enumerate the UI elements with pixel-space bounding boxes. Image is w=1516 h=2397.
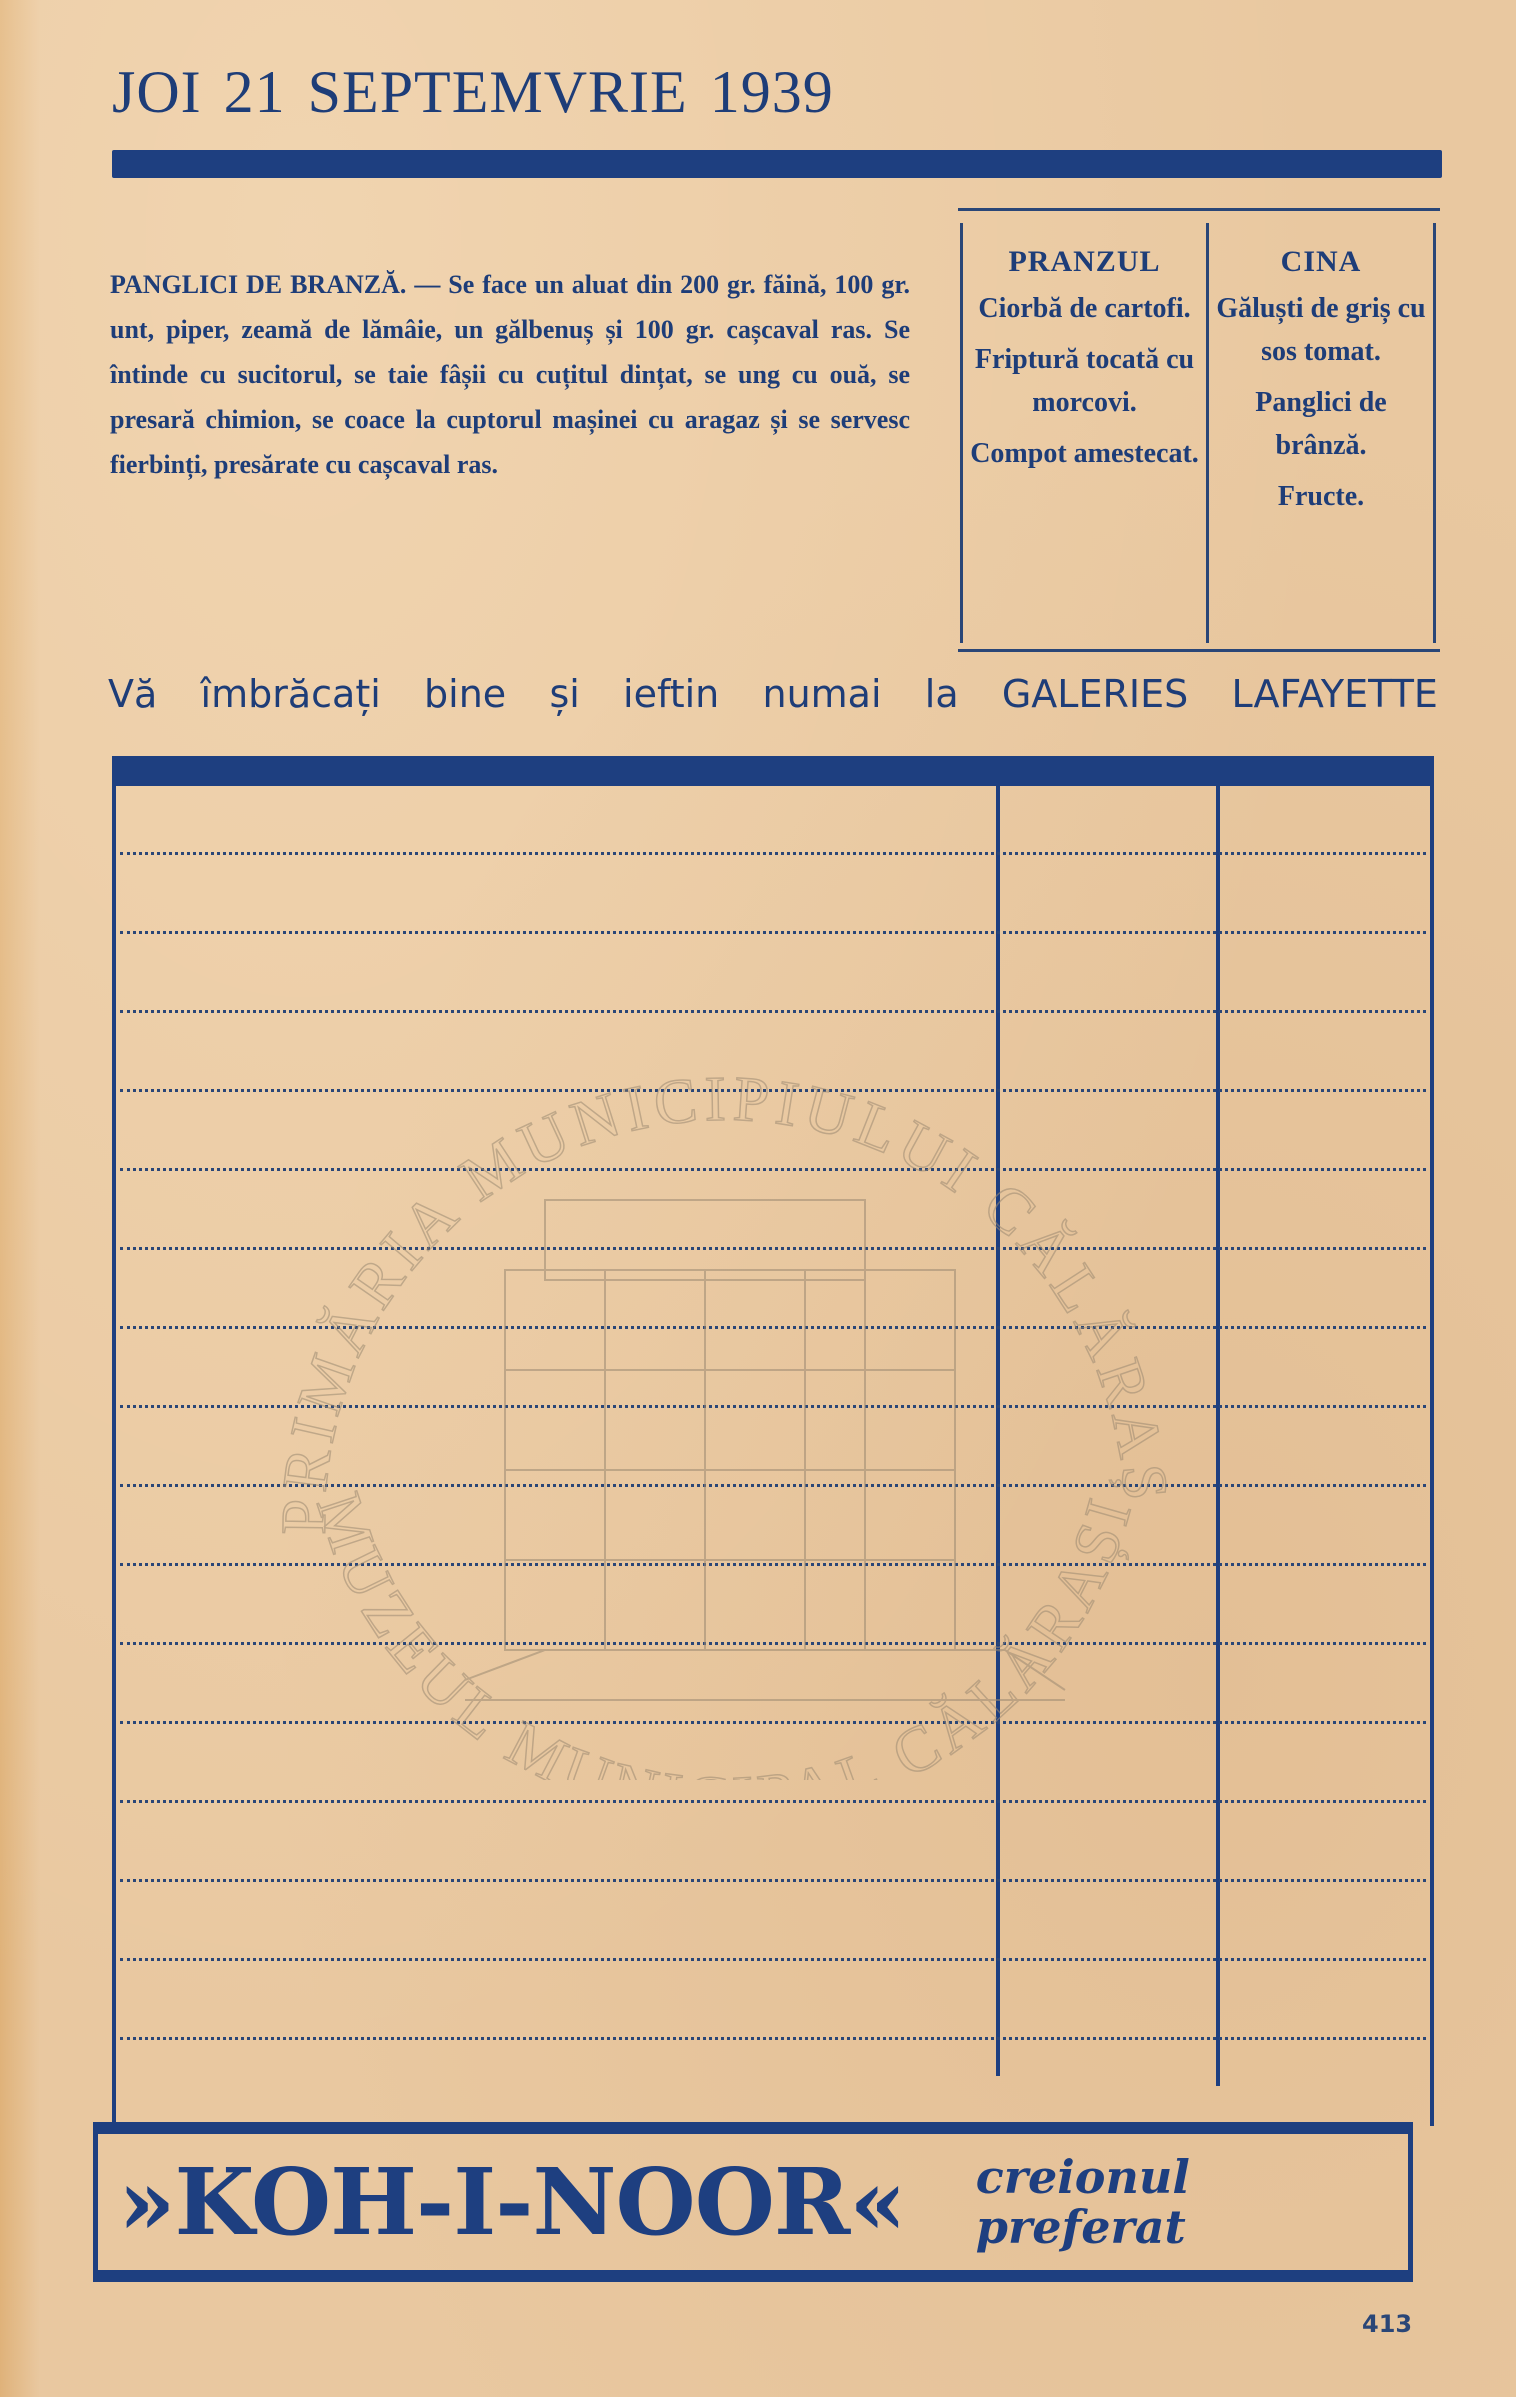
ledger-row [120, 1010, 1426, 1089]
brand-slogan: creionul preferat [976, 2152, 1190, 2252]
menu-item: Fructe. [1209, 475, 1433, 518]
advert-line-galeries-lafayette: Vă îmbrăcați bine și ieftin numai la GAL… [108, 672, 1438, 716]
menu-item: Friptură tocată cu morcovi. [963, 338, 1206, 424]
ledger-grid [112, 756, 1434, 2126]
menu-heading-dinner: CINA [1209, 245, 1433, 279]
advert-word: îmbrăcați [201, 672, 381, 716]
menu-column-dinner: CINA Găluști de griș cu sos tomat. Pangl… [1206, 223, 1436, 643]
year: 1939 [710, 59, 834, 125]
ledger-row [120, 1563, 1426, 1642]
date-number: 21 [224, 59, 286, 125]
ledger-row [120, 1879, 1426, 1958]
menu-item: Ciorbă de cartofi. [963, 287, 1206, 330]
ledger-row [120, 1484, 1426, 1563]
ledger-rows [120, 852, 1426, 2116]
recipe-text: PANGLICI DE BRANZĂ. — Se face un aluat d… [110, 262, 910, 487]
ledger-row [120, 1721, 1426, 1800]
page-title: JOI21SEPTEMVRIE1939 [112, 58, 856, 127]
ledger-row [120, 852, 1426, 931]
ledger-row [120, 1958, 1426, 2037]
day-name: JOI [112, 59, 202, 125]
advert-word: bine [424, 672, 506, 716]
menu-column-lunch: PRANZUL Ciorbă de cartofi. Friptură toca… [960, 223, 1206, 643]
recipe-title: PANGLICI DE BRANZĂ. [110, 270, 406, 299]
ledger-row [120, 1800, 1426, 1879]
advert-word: și [549, 672, 579, 716]
advert-word: Vă [108, 672, 157, 716]
title-rule [112, 150, 1442, 178]
menu-item: Găluști de griș cu sos tomat. [1209, 287, 1433, 373]
ledger-row [120, 2037, 1426, 2116]
ledger-row [120, 1326, 1426, 1405]
menu-item: Compot amestecat. [963, 432, 1206, 475]
ledger-border-left [112, 786, 116, 2126]
ledger-row [120, 1247, 1426, 1326]
brand-name: »KOH-I-NOOR« [118, 2148, 906, 2256]
ledger-row [120, 931, 1426, 1010]
ledger-row [120, 1089, 1426, 1168]
advert-word: ieftin [623, 672, 719, 716]
footer-advert-koh-i-noor: »KOH-I-NOOR« creionul preferat [93, 2122, 1413, 2282]
page-number: 413 [1362, 2310, 1412, 2338]
slogan-line: creionul [976, 2152, 1190, 2202]
ledger-row [120, 1642, 1426, 1721]
slogan-line: preferat [976, 2202, 1190, 2252]
advert-word: LAFAYETTE [1231, 672, 1437, 716]
advert-word: la [925, 672, 959, 716]
menu-item: Panglici de brânză. [1209, 381, 1433, 467]
menu-table: PRANZUL Ciorbă de cartofi. Friptură toca… [958, 208, 1440, 652]
ledger-row [120, 1405, 1426, 1484]
month-name: SEPTEMVRIE [308, 59, 688, 125]
ledger-header-bar [112, 756, 1434, 786]
ledger-border-right [1430, 786, 1434, 2126]
recipe-body: — Se face un aluat din 200 gr. făină, 10… [110, 270, 910, 479]
ledger-row [120, 1168, 1426, 1247]
advert-word: GALERIES [1002, 672, 1188, 716]
menu-heading-lunch: PRANZUL [963, 245, 1206, 279]
advert-word: numai [762, 672, 881, 716]
